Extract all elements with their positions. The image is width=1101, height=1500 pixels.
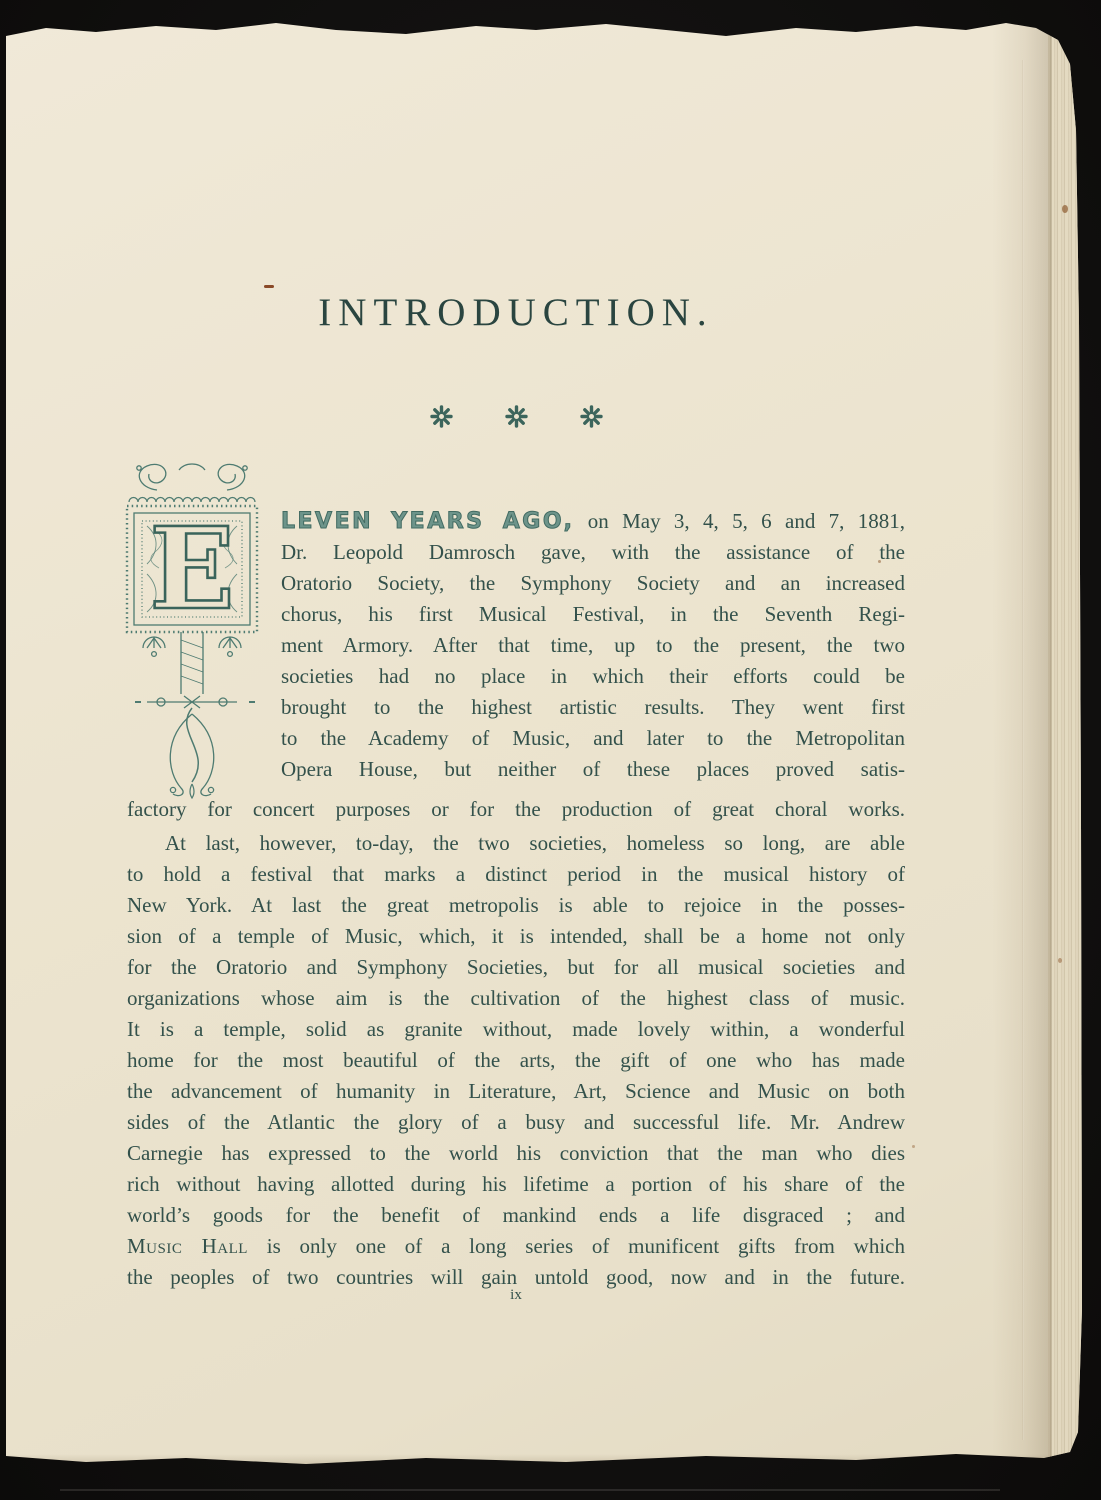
- text-line: ment Armory. After that time, up to the …: [281, 630, 905, 661]
- text-line: sides of the Atlantic the glory of a bus…: [127, 1107, 905, 1138]
- text-line: to hold a festival that marks a distinct…: [127, 859, 905, 890]
- styled-text-segment: Music Hall: [127, 1234, 248, 1258]
- rosette-icon: [504, 404, 529, 429]
- text-line: for the Oratorio and Symphony Societies,…: [127, 952, 905, 983]
- paper-speck: [1058, 958, 1062, 963]
- photo-backdrop: INTRODUCTION.: [0, 0, 1101, 1500]
- background-table-edge: [60, 1489, 1000, 1491]
- decorative-initial-E: E: [121, 456, 263, 800]
- text-line: Dr. Leopold Damrosch gave, with the assi…: [281, 537, 905, 568]
- text-line: Opera House, but neither of these places…: [281, 754, 905, 785]
- rosette-icon: [579, 404, 604, 429]
- text-line: Oratorio Society, the Symphony Society a…: [281, 568, 905, 599]
- text-line: Music Hall is only one of a long series …: [127, 1231, 905, 1262]
- text-line: LEVEN YEARS AGO, on May 3, 4, 5, 6 and 7…: [281, 506, 905, 537]
- page-crease: [1022, 60, 1024, 1440]
- ornament-row: [127, 404, 905, 429]
- text-line: the advancement of humanity in Literatur…: [127, 1076, 905, 1107]
- text-line: home for the most beautiful of the arts,…: [127, 1045, 905, 1076]
- book-fore-edge: [1048, 34, 1082, 1458]
- text-line: sion of a temple of Music, which, it is …: [127, 921, 905, 952]
- text-line: chorus, his first Musical Festival, in t…: [281, 599, 905, 630]
- text-line: It is a temple, solid as granite without…: [127, 1014, 905, 1045]
- rosette-icon: [429, 404, 454, 429]
- paragraph-first: LEVEN YEARS AGO, on May 3, 4, 5, 6 and 7…: [281, 506, 905, 785]
- text-line: rich without having allotted during his …: [127, 1169, 905, 1200]
- paper-speck: [1062, 205, 1068, 213]
- page-title: INTRODUCTION.: [127, 290, 905, 335]
- text-line: societies had no place in which their ef…: [281, 661, 905, 692]
- page-number: ix: [127, 1287, 905, 1304]
- text-line: brought to the highest artistic results.…: [281, 692, 905, 723]
- paper-speck: [912, 1145, 915, 1148]
- paper-speck: [264, 285, 274, 288]
- paragraph-second: At last, however, to-day, the two societ…: [127, 828, 905, 1293]
- text-segment: is only one of a long series of munifice…: [248, 1234, 905, 1258]
- text-line: to the Academy of Music, and later to th…: [281, 723, 905, 754]
- text-segment: on May 3, 4, 5, 6 and 7, 1881,: [574, 509, 905, 533]
- drop-cap-letter: E: [149, 504, 234, 635]
- text-line: organizations whose aim is the cultivati…: [127, 983, 905, 1014]
- page-bottom-shadow: [6, 1454, 1082, 1464]
- text-line: world’s goods for the benefit of mankind…: [127, 1200, 905, 1231]
- text-line: Carnegie has expressed to the world his …: [127, 1138, 905, 1169]
- text-line: At last, however, to-day, the two societ…: [127, 828, 905, 859]
- text-line: New York. At last the great metropolis i…: [127, 890, 905, 921]
- styled-text-segment: LEVEN YEARS AGO,: [281, 509, 574, 534]
- paragraph-first-lastline: factory for concert purposes or for the …: [127, 794, 905, 825]
